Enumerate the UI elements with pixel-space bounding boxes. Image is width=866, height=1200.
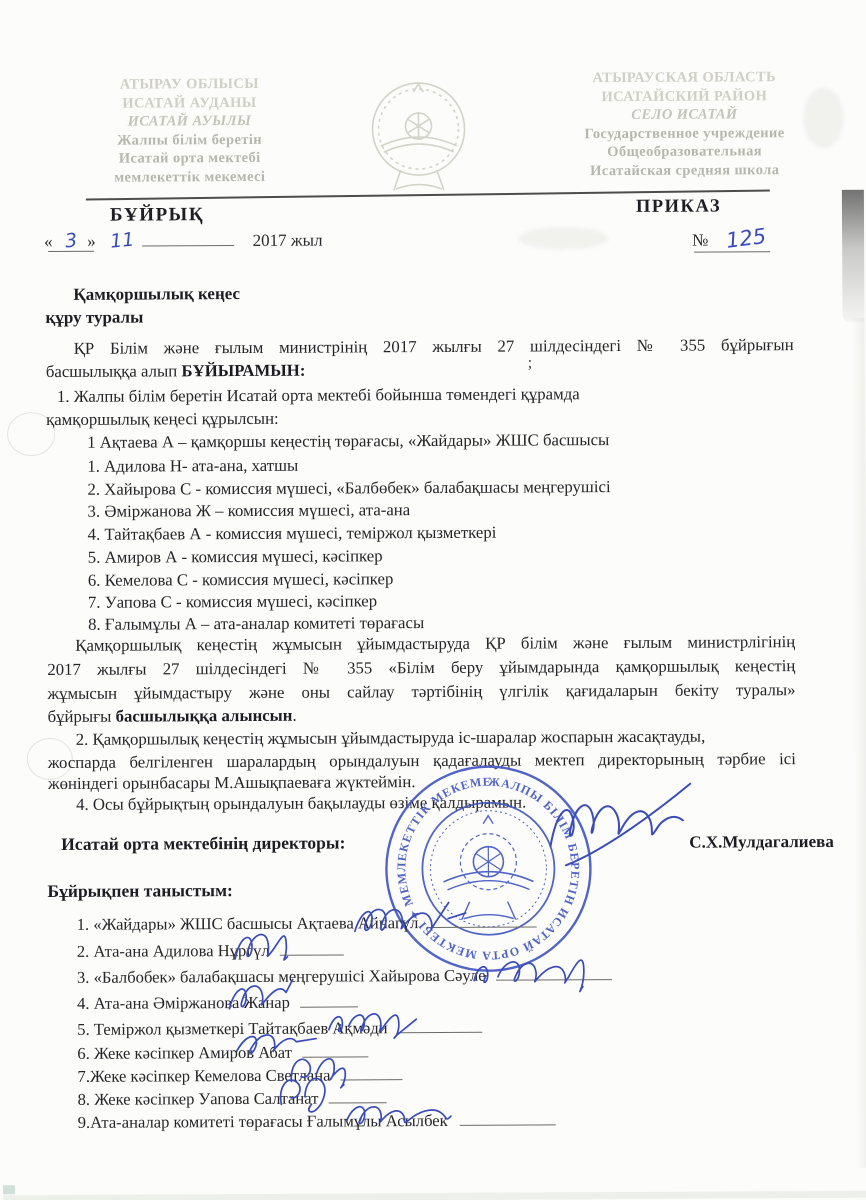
kazakhstan-emblem-icon	[355, 74, 482, 197]
year-label: 2017 жыл	[253, 231, 323, 250]
letterhead-line: АТЫРАУСКАЯ ОБЛАСТЬ	[529, 68, 839, 88]
ack-row: 7.Жеке кәсіпкер Кемелова Светлана	[77, 1065, 402, 1087]
body-line: Қамқоршылық кеңестің жұмысын ұйымдастыру…	[47, 632, 795, 656]
body-text: басшылыққа алып	[46, 361, 182, 381]
director-name: С.Х.Мулдагалиева	[689, 832, 834, 853]
number-label: №	[692, 231, 708, 250]
ack-row: 8. Жеке кәсіпкер Уапова Салтанат	[78, 1088, 387, 1110]
order-title-kazakh: БҰЙРЫҚ	[110, 204, 204, 226]
scan-corner-speck	[3, 1185, 15, 1194]
ack-text: 5. Теміржол қызметкері Тайтақбаев Ақмәди	[77, 1018, 387, 1039]
letterhead-russian: АТЫРАУСКАЯ ОБЛАСТЬ ИСАТАЙСКИЙ РАЙОН СЕЛО…	[529, 68, 840, 181]
number-underline	[694, 251, 770, 252]
scan-bottom-edge	[3, 1191, 866, 1200]
document-content: АТЫРАУ ОБЛЫСЫ ИСАТАЙ АУДАНЫ ИСАТАЙ АУЫЛЫ…	[0, 0, 866, 1200]
ack-text: 3. «Балбобек» балабақшасы меңгерушісі Ха…	[77, 966, 486, 987]
letterhead-kazakh: АТЫРАУ ОБЛЫСЫ ИСАТАЙ АУДАНЫ ИСАТАЙ АУЫЛЫ…	[65, 75, 314, 187]
letterhead-line: Государственное учреждение	[530, 123, 840, 143]
school-round-stamp-icon: ЖАЛПЫ БІЛІМ БЕРЕТІН ИСАТАЙ ОРТА МЕКТЕБІ …	[381, 761, 596, 976]
scan-edge-band	[851, 318, 866, 1168]
signature-underline	[329, 1088, 387, 1103]
order-title-russian: ПРИКАЗ	[636, 196, 721, 217]
signature-underline	[460, 1110, 556, 1126]
order-verb-bold: БҰЙЫРАМЫН:	[181, 361, 305, 381]
order-number: № 125	[692, 226, 767, 250]
quote-close: »	[87, 232, 96, 251]
ack-text: 2. Ата-ана Адилова Нұргүл	[77, 941, 270, 961]
member-item: 2. Хайырова С - комиссия мүшесі, «Балбөб…	[87, 476, 835, 500]
hole-punch-mark	[27, 738, 73, 780]
letterhead-line: АТЫРАУ ОБЛЫСЫ	[65, 75, 313, 95]
bold-phrase: басшылыққа алынсын	[115, 706, 292, 726]
member-item: 4. Тайтақбаев А - комиссия мүшесі, темір…	[88, 521, 836, 545]
member-item: 1. Адилова Н- ата-ана, хатшы	[87, 453, 835, 477]
letterhead-line: ИСАТАЙСКИЙ РАЙОН	[529, 86, 839, 106]
date-line: « 3 » 11 2017 жыл	[44, 229, 323, 252]
letterhead-line: Исатай орта мектебі	[66, 149, 314, 169]
hole-punch-mark	[7, 412, 55, 456]
signature-underline	[280, 940, 344, 955]
body-line: басшылыққа алып БҰЙЫРАМЫН:	[46, 358, 794, 382]
scanned-order-document: АТЫРАУ ОБЛЫСЫ ИСАТАЙ АУДАНЫ ИСАТАЙ АУЫЛЫ…	[0, 0, 866, 1200]
body-text: бұйрығы	[48, 707, 116, 726]
member-item: 1 Ақтаева А – қамқоршы кеңестің төрағасы…	[87, 429, 835, 453]
signature-underline	[341, 1065, 403, 1080]
ack-text: 1. «Жайдары» ЖШС басшысы Ақтаева Айнагүл	[77, 913, 419, 934]
letterhead-line: мемлекеттік мекемесі	[66, 167, 314, 187]
handwritten-day: 3	[64, 229, 78, 252]
member-item: 3. Әміржанова Ж – комиссия мүшесі, ата-а…	[87, 498, 835, 522]
subject-line-2: құру туралы	[45, 304, 793, 328]
ack-row: 5. Теміржол қызметкері Тайтақбаев Ақмәди	[77, 1018, 482, 1040]
ack-row: 2. Ата-ана Адилова Нұргүл	[77, 940, 344, 961]
member-item: 6. Кемелова С - комиссия мүшесі, кәсіпке…	[88, 567, 836, 591]
ack-text: 4. Ата-ана Әміржанова Жанар	[77, 993, 290, 1013]
letterhead-line: Общеобразовательная	[530, 142, 840, 162]
scan-smudge	[803, 88, 843, 148]
handwritten-number: 125	[725, 224, 768, 253]
member-item: 7. Уапова С - комиссия мүшесі, кәсіпкер	[88, 589, 836, 613]
ack-row: 1. «Жайдары» ЖШС басшысы Ақтаева Айнагүл	[77, 912, 537, 934]
ack-text: 7.Жеке кәсіпкер Кемелова Светлана	[77, 1066, 330, 1086]
letterhead-line: СЕЛО ИСАТАЙ	[529, 105, 839, 125]
signature-underline	[429, 912, 537, 928]
body-line: бұйрығы басшылыққа алынсын.	[48, 703, 796, 727]
director-label: Исатай орта мектебінің директоры:	[61, 832, 345, 854]
signature-underline	[496, 965, 612, 981]
ack-row: 6. Жеке кәсіпкер Амиров Абат	[77, 1042, 368, 1064]
ack-text: 9.Ата-аналар комитеті төрағасы Ғалымұлы …	[78, 1111, 448, 1132]
member-item: 8. Ғалымұлы А – ата-аналар комитеті төра…	[88, 611, 836, 635]
body-line: қамқоршылық кеңесі құрылсын:	[46, 406, 794, 430]
body-line: ҚР Білім және ғылым министрінің 2017 жыл…	[46, 335, 794, 359]
signature-underline	[302, 1042, 368, 1057]
ack-row: 4. Ата-ана Әміржанова Жанар	[77, 992, 358, 1013]
signature-underline	[398, 1018, 482, 1033]
date-underline	[142, 231, 234, 246]
ack-text: 6. Жеке кәсіпкер Амиров Абат	[77, 1043, 292, 1063]
handwritten-month: 11	[109, 229, 135, 253]
body-line: жұмысын ұйымдастыру және оны сайлау тәрт…	[47, 680, 795, 704]
member-item: 5. Амиров А - комиссия мүшесі, кәсіпкер	[88, 544, 836, 568]
quote-open: «	[44, 232, 53, 251]
body-line: 2. Қамқоршылық кеңестің жұмысын ұйымдаст…	[76, 726, 824, 750]
body-text: .	[292, 706, 296, 725]
day-underline	[48, 251, 94, 252]
ack-row: 9.Ата-аналар комитеті төрағасы Ғалымұлы …	[78, 1110, 556, 1133]
scan-edge-shadow	[842, 190, 865, 322]
letterhead-line: ИСАТАЙ АУЫЛЫ	[65, 112, 313, 132]
letterhead-line: Жалпы білім беретін	[66, 130, 314, 150]
letterhead-line: ИСАТАЙ АУДАНЫ	[65, 93, 313, 113]
body-line: 1. Жалпы білім беретін Исатай орта мекте…	[57, 383, 805, 407]
ack-text: 8. Жеке кәсіпкер Уапова Салтанат	[78, 1089, 319, 1109]
acknowledgment-title: Бұйрықпен таныстым:	[47, 880, 232, 902]
stray-ink-mark: ;	[528, 354, 533, 372]
ack-row: 3. «Балбобек» балабақшасы меңгерушісі Ха…	[77, 965, 612, 988]
letterhead-line: Исатайская средняя школа	[530, 160, 840, 180]
subject-line-1: Қамқоршылық кеңес	[73, 281, 821, 305]
signature-underline	[300, 992, 358, 1007]
body-line: 2017 жылғы 27 шілдесіндегі № 355 «Білім …	[47, 656, 795, 680]
scan-smudge	[518, 227, 608, 249]
